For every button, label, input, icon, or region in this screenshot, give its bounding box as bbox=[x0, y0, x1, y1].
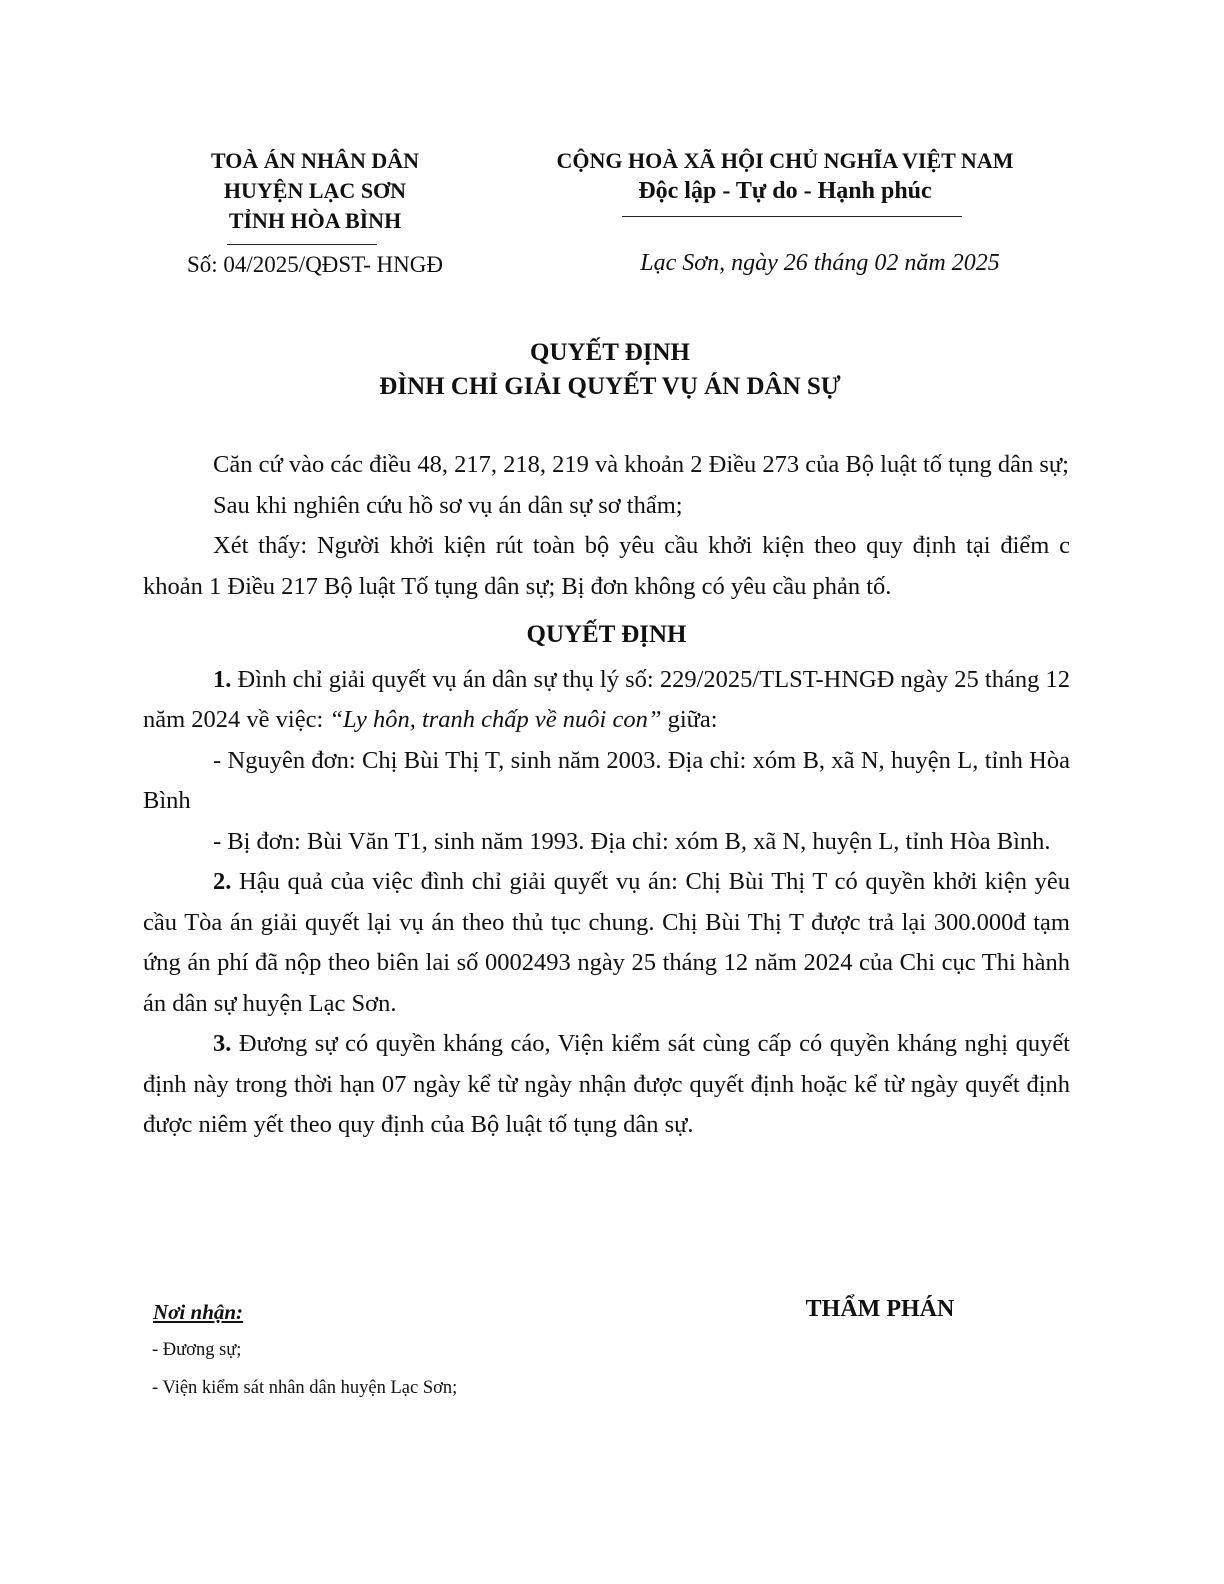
signer-title: THẨM PHÁN bbox=[760, 1296, 1000, 1323]
recipient-item: - Đương sự; bbox=[152, 1340, 241, 1361]
title-line-2: ĐÌNH CHỈ GIẢI QUYẾT VỤ ÁN DÂN SỰ bbox=[150, 370, 1070, 404]
preamble-legal-basis: Căn cứ vào các điều 48, 217, 218, 219 và… bbox=[143, 445, 1070, 486]
court-line-1: TOÀ ÁN NHÂN DÂN bbox=[150, 146, 480, 176]
plaintiff-info: - Nguyên đơn: Chị Bùi Thị T, sinh năm 20… bbox=[143, 741, 1070, 822]
decision-item-2: 2. Hậu quả của việc đình chỉ giải quyết … bbox=[143, 862, 1070, 1024]
document-title: QUYẾT ĐỊNH ĐÌNH CHỈ GIẢI QUYẾT VỤ ÁN DÂN… bbox=[150, 336, 1070, 404]
item-3-number: 3. bbox=[213, 1030, 231, 1057]
preamble-review: Sau khi nghiên cứu hồ sơ vụ án dân sự sơ… bbox=[143, 486, 1070, 527]
recipient-item: - Viện kiểm sát nhân dân huyện Lạc Sơn; bbox=[152, 1378, 457, 1399]
item-1-text-b: giữa: bbox=[661, 706, 717, 733]
court-name: TOÀ ÁN NHÂN DÂN HUYỆN LẠC SƠN TỈNH HÒA B… bbox=[150, 146, 480, 236]
court-divider bbox=[227, 244, 377, 245]
decision-item-1: 1. Đình chỉ giải quyết vụ án dân sự thụ … bbox=[143, 660, 1070, 741]
court-line-2: HUYỆN LẠC SƠN bbox=[150, 176, 480, 206]
decision-heading: QUYẾT ĐỊNH bbox=[143, 615, 1070, 656]
national-motto: Độc lập - Tự do - Hạnh phúc bbox=[520, 176, 1050, 206]
item-2-number: 2. bbox=[213, 868, 231, 895]
case-subject: “Ly hôn, tranh chấp về nuôi con” bbox=[329, 706, 661, 733]
item-2-text: Hậu quả của việc đình chỉ giải quyết vụ … bbox=[143, 868, 1070, 1017]
decision-item-3: 3. Đương sự có quyền kháng cáo, Viện kiể… bbox=[143, 1024, 1070, 1146]
item-3-text: Đương sự có quyền kháng cáo, Viện kiểm s… bbox=[143, 1030, 1070, 1138]
national-header: CỘNG HOÀ XÃ HỘI CHỦ NGHĨA VIỆT NAM Độc l… bbox=[520, 146, 1050, 206]
document-number: Số: 04/2025/QĐST- HNGĐ bbox=[150, 252, 480, 278]
document-body: Căn cứ vào các điều 48, 217, 218, 219 và… bbox=[143, 445, 1070, 1146]
court-line-3: TỈNH HÒA BÌNH bbox=[150, 206, 480, 236]
defendant-info: - Bị đơn: Bùi Văn T1, sinh năm 1993. Địa… bbox=[143, 822, 1070, 863]
nation-name: CỘNG HOÀ XÃ HỘI CHỦ NGHĨA VIỆT NAM bbox=[520, 146, 1050, 176]
preamble-findings: Xét thấy: Người khởi kiện rút toàn bộ yê… bbox=[143, 526, 1070, 607]
title-line-1: QUYẾT ĐỊNH bbox=[150, 336, 1070, 370]
motto-divider bbox=[622, 216, 962, 217]
place-date: Lạc Sơn, ngày 26 tháng 02 năm 2025 bbox=[560, 250, 1080, 277]
recipients-label: Nơi nhận: bbox=[153, 1300, 243, 1325]
item-1-number: 1. bbox=[213, 666, 231, 693]
